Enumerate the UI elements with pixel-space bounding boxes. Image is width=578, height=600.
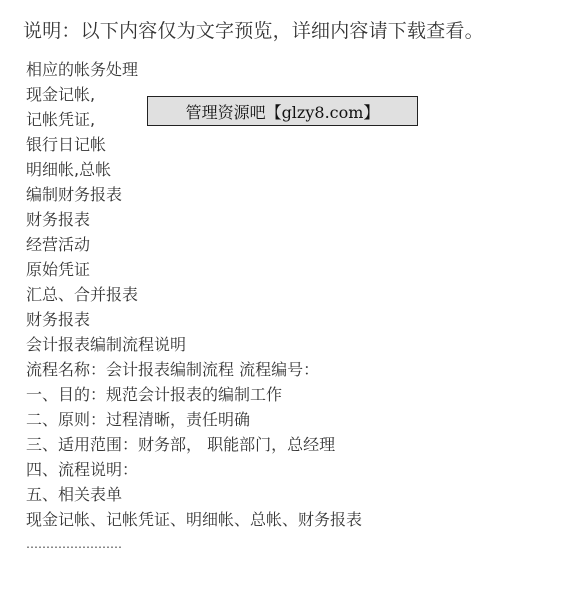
text-line: 财务报表 <box>26 307 362 332</box>
text-line: 财务报表 <box>26 207 362 232</box>
process-description-line: 四、流程说明： <box>26 457 362 482</box>
preview-notice: 说明：以下内容仅为文字预览，详细内容请下载查看。 <box>23 18 484 44</box>
scope-line: 三、适用范围：财务部， 职能部门，总经理 <box>26 432 362 457</box>
text-line: 汇总、合并报表 <box>26 282 362 307</box>
watermark-banner: 管理资源吧【glzy8.com】 <box>147 96 418 126</box>
ellipsis-line: …………………… <box>26 532 362 557</box>
text-line: 原始凭证 <box>26 257 362 282</box>
text-line: 明细帐,总帐 <box>26 157 362 182</box>
process-name-line: 流程名称：会计报表编制流程 流程编号： <box>26 357 362 382</box>
text-line: 编制财务报表 <box>26 182 362 207</box>
document-body: 相应的帐务处理 现金记帐, 记帐凭证, 银行日记帐 明细帐,总帐 编制财务报表 … <box>26 57 362 557</box>
purpose-line: 一、目的：规范会计报表的编制工作 <box>26 382 362 407</box>
section-title: 会计报表编制流程说明 <box>26 332 362 357</box>
text-line: 经营活动 <box>26 232 362 257</box>
forms-list-line: 现金记帐、记帐凭证、明细帐、总帐、财务报表 <box>26 507 362 532</box>
related-forms-line: 五、相关表单 <box>26 482 362 507</box>
text-line: 银行日记帐 <box>26 132 362 157</box>
principle-line: 二、原则：过程清晰，责任明确 <box>26 407 362 432</box>
text-line: 相应的帐务处理 <box>26 57 362 82</box>
